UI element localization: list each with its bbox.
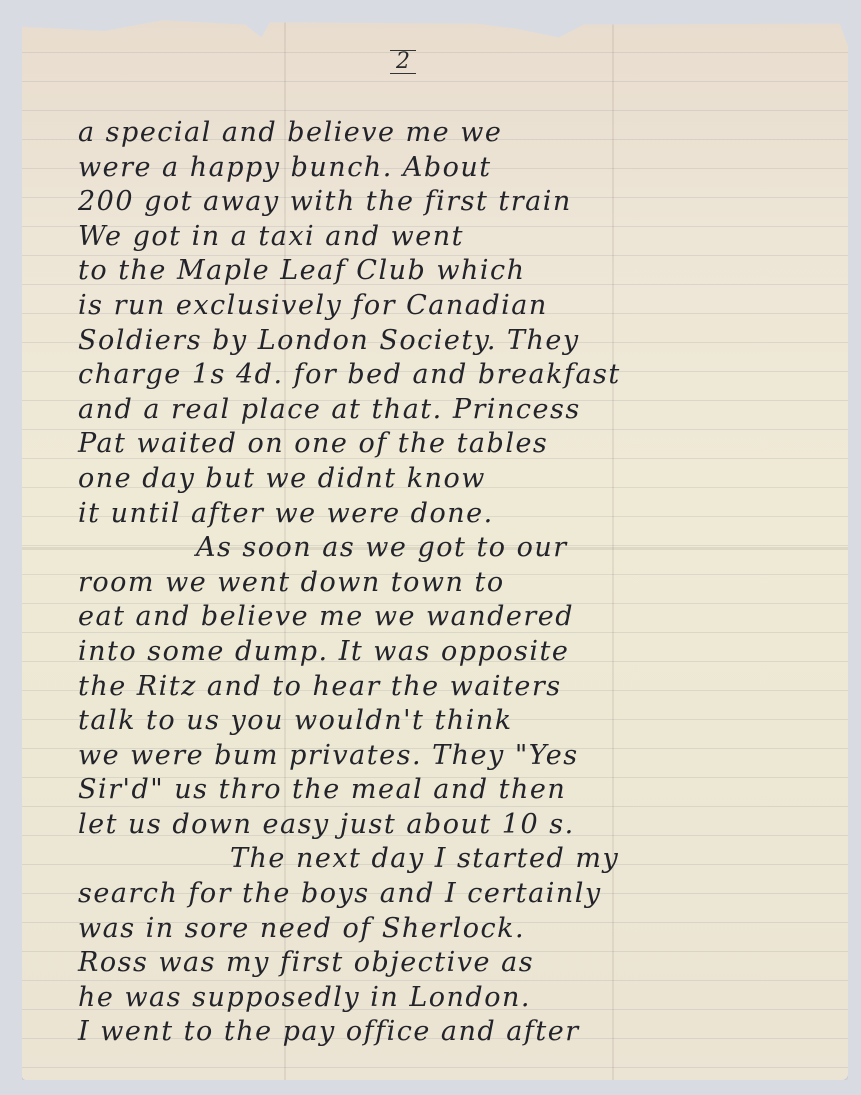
text-line: into some dump. It was opposite: [78, 635, 858, 670]
letter-page: 2 a special and believe me we were a hap…: [22, 14, 848, 1080]
text-line: Soldiers by London Society. They: [78, 324, 858, 359]
text-line: we were bum privates. They "Yes: [78, 739, 858, 774]
page-number: 2: [390, 50, 416, 74]
text-line: Sir'd" us thro the meal and then: [78, 773, 858, 808]
text-line: search for the boys and I certainly: [78, 877, 858, 912]
text-line: charge 1s 4d. for bed and breakfast: [78, 358, 858, 393]
text-line: a special and believe me we: [78, 116, 858, 151]
text-line: eat and believe me we wandered: [78, 600, 858, 635]
text-line: We got in a taxi and went: [78, 220, 858, 255]
text-line: talk to us you wouldn't think: [78, 704, 858, 739]
text-line: to the Maple Leaf Club which: [78, 254, 858, 289]
text-line: let us down easy just about 10 s.: [78, 808, 858, 843]
text-line: were a happy bunch. About: [78, 151, 858, 186]
text-line: it until after we were done.: [78, 497, 858, 532]
text-line: he was supposedly in London.: [78, 981, 858, 1016]
text-line: 200 got away with the first train: [78, 185, 858, 220]
letter-body: a special and believe me we were a happy…: [78, 116, 858, 1050]
text-line: was in sore need of Sherlock.: [78, 912, 858, 947]
text-line: Pat waited on one of the tables: [78, 427, 858, 462]
paragraph-start-line: As soon as we got to our: [78, 531, 858, 566]
text-line: one day but we didnt know: [78, 462, 858, 497]
text-line: is run exclusively for Canadian: [78, 289, 858, 324]
text-line: the Ritz and to hear the waiters: [78, 670, 858, 705]
text-line: I went to the pay office and after: [78, 1015, 858, 1050]
paragraph-start-line: The next day I started my: [78, 842, 858, 877]
text-line: Ross was my first objective as: [78, 946, 858, 981]
text-line: room we went down town to: [78, 566, 858, 601]
text-line: and a real place at that. Princess: [78, 393, 858, 428]
